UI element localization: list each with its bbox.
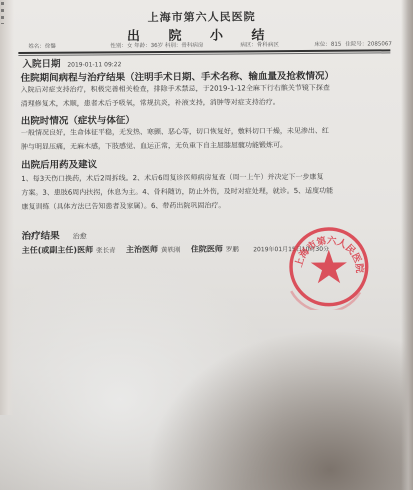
treatment-result-label: 治疗结果 <box>22 231 60 242</box>
section-body-discharge-status: 一般情况良好，生命体征平稳，无发热、寒颤、恶心等，切口恢复好，敷料切口干燥，未见… <box>21 123 391 154</box>
signature-name-resident: 罗鹏 <box>226 245 239 253</box>
signature-role-resident: 住院医师 <box>191 245 223 254</box>
patient-bed: 床位：815 <box>314 40 341 48</box>
signature-role-chief: 主任(或副主任)医师 <box>22 245 93 254</box>
admission-date-label: 入院日期 <box>22 59 60 70</box>
admission-date-value: 2019-01-11 09:22 <box>67 61 121 68</box>
body-line: 清理修复术，术顺，患者术后予吸氧，常规抗炎，补液支持，消肿等对症支持治疗。 <box>21 94 391 111</box>
hospital-seal-stamp-icon: 上海市第六人民医院 <box>286 224 373 311</box>
patient-record-no: 住院号：2085067 <box>345 39 392 47</box>
signature-row: 主任(或副主任)医师张长青 主治医师黄轶刚 住院医师罗鹏 2019年01月15日… <box>22 243 329 256</box>
body-line: 康复训练（具体方法已告知患者及家属）。6、带药出院巩固治疗。 <box>21 197 391 214</box>
patient-details: 性别：女 年龄：36岁 科别：骨科病房 <box>110 41 203 50</box>
treatment-result-row: 治疗结果 治愈 <box>22 227 87 241</box>
binder-edge <box>0 0 14 415</box>
body-line: 肿与明显压痛，无麻木感，下肢感觉、血运正常，无负重下自主屈膝屈髋功能锻炼可。 <box>21 137 391 154</box>
discharge-summary-page: 上海市第六人民医院 出 院 小 结 姓名：徐馨 性别：女 年龄：36岁 科别：骨… <box>14 0 405 490</box>
patient-name: 姓名：徐馨 <box>28 42 56 50</box>
admission-date-row: 入院日期 2019-01-11 09:22 <box>22 55 121 70</box>
signature-name-attending: 黄轶刚 <box>161 246 181 254</box>
treatment-result-value: 治愈 <box>73 232 87 240</box>
section-body-hospital-course: 入院后对症支持治疗，积极完善相关检查，排除手术禁忌，于2019-1-12全麻下行… <box>21 80 391 111</box>
signature-name-chief: 张长青 <box>96 246 116 254</box>
signature-role-attending: 主治医师 <box>126 245 158 254</box>
section-heading-discharge-advice: 出院后用药及建议 <box>21 156 97 171</box>
section-body-discharge-advice: 1、每3天伤口换药，术后2周拆线。2、术后6周复诊医师病房复查（周一上午）并决定… <box>21 169 391 214</box>
patient-ward: 病区：骨科病区 <box>240 40 279 48</box>
